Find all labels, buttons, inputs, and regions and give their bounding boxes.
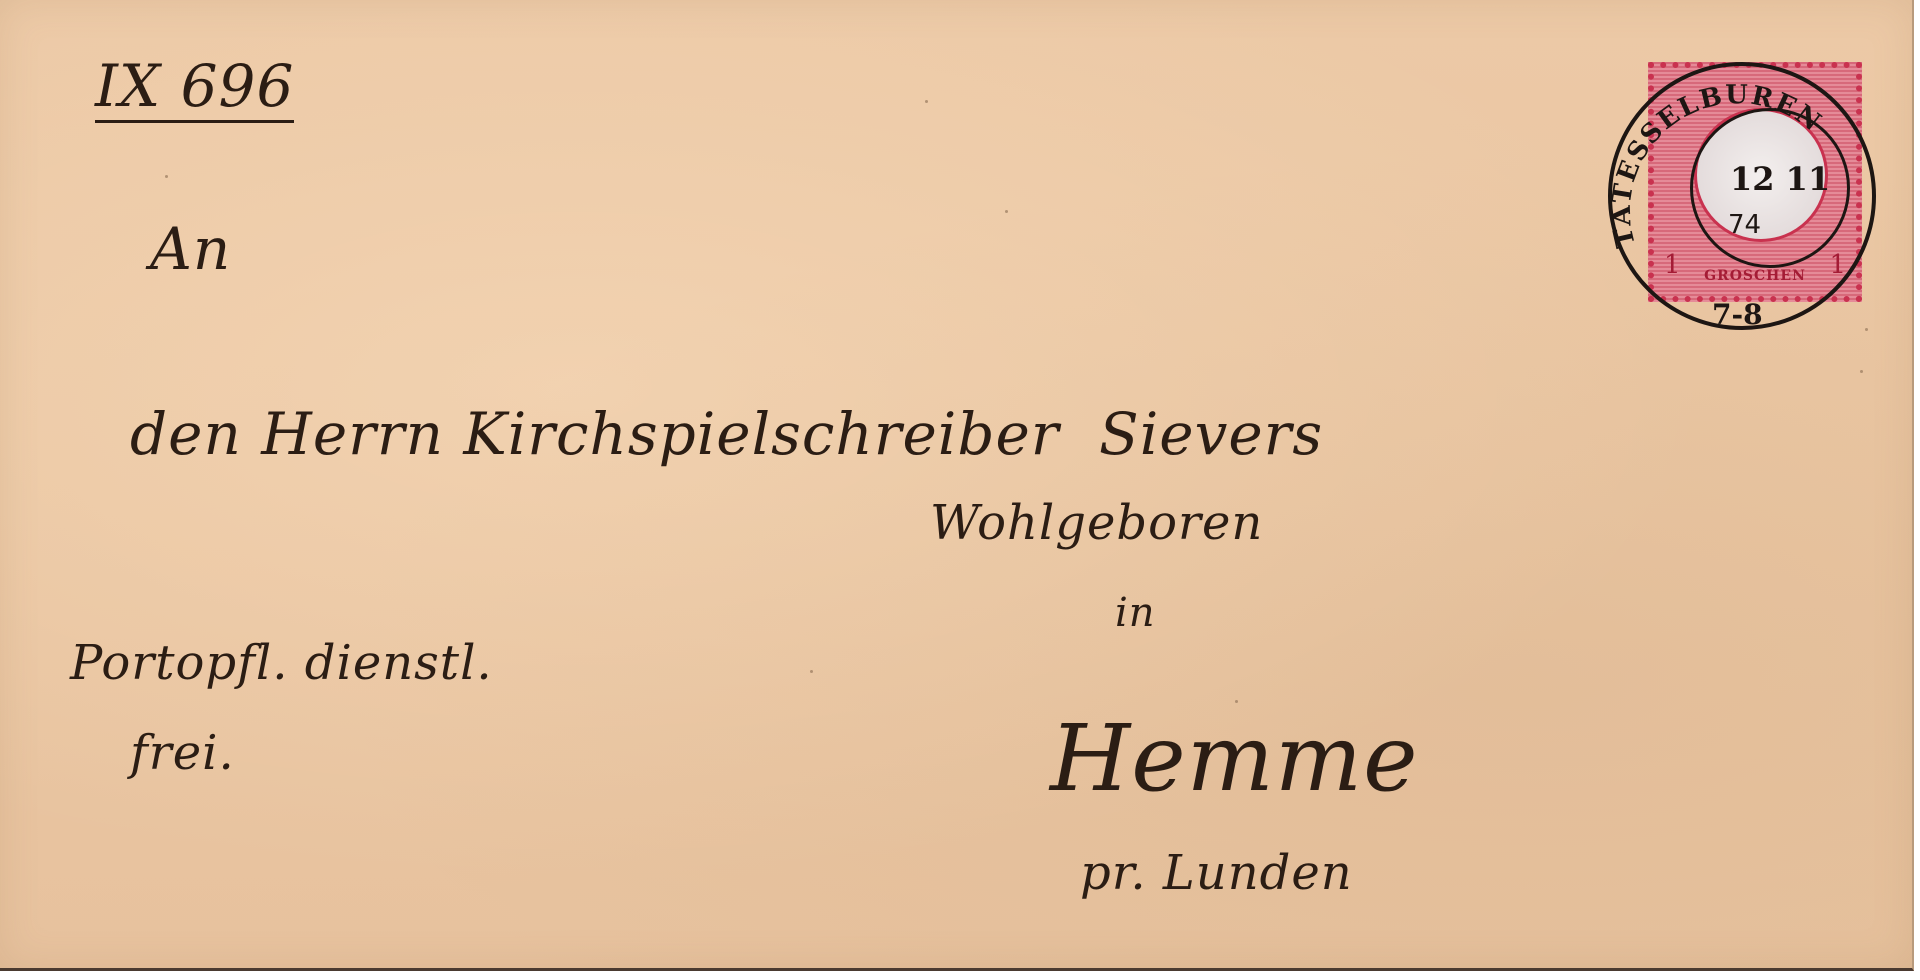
paper-speck: [1860, 370, 1863, 373]
postmark-time: 7-8: [1712, 298, 1763, 331]
paper-speck: [925, 100, 928, 103]
address-line1-prefix: den Herrn: [130, 400, 444, 468]
address-line1: den Herrn Kirchspielschreiber Sievers: [130, 400, 1323, 468]
postmark-date: 12 11: [1730, 160, 1830, 198]
address-in: in: [1115, 590, 1156, 636]
paper-speck: [1235, 700, 1238, 703]
address-line1-title: Kirchspielschreiber: [463, 400, 1059, 468]
address-line2: Wohlgeboren: [930, 495, 1263, 551]
recipient-name: Sievers: [1099, 400, 1323, 468]
postmark-year: 74: [1728, 210, 1761, 240]
address-town: Hemme: [1050, 705, 1419, 812]
docket-number: IX 696: [95, 52, 294, 120]
paper-speck: [1005, 210, 1008, 213]
address-via: pr. Lunden: [1080, 845, 1353, 901]
paper-speck: [810, 670, 813, 673]
address-salutation: An: [150, 215, 231, 283]
endorsement-line2: frei.: [130, 725, 235, 781]
paper-speck: [165, 175, 168, 178]
endorsement-line1: Portopfl. dienstl.: [70, 635, 493, 691]
